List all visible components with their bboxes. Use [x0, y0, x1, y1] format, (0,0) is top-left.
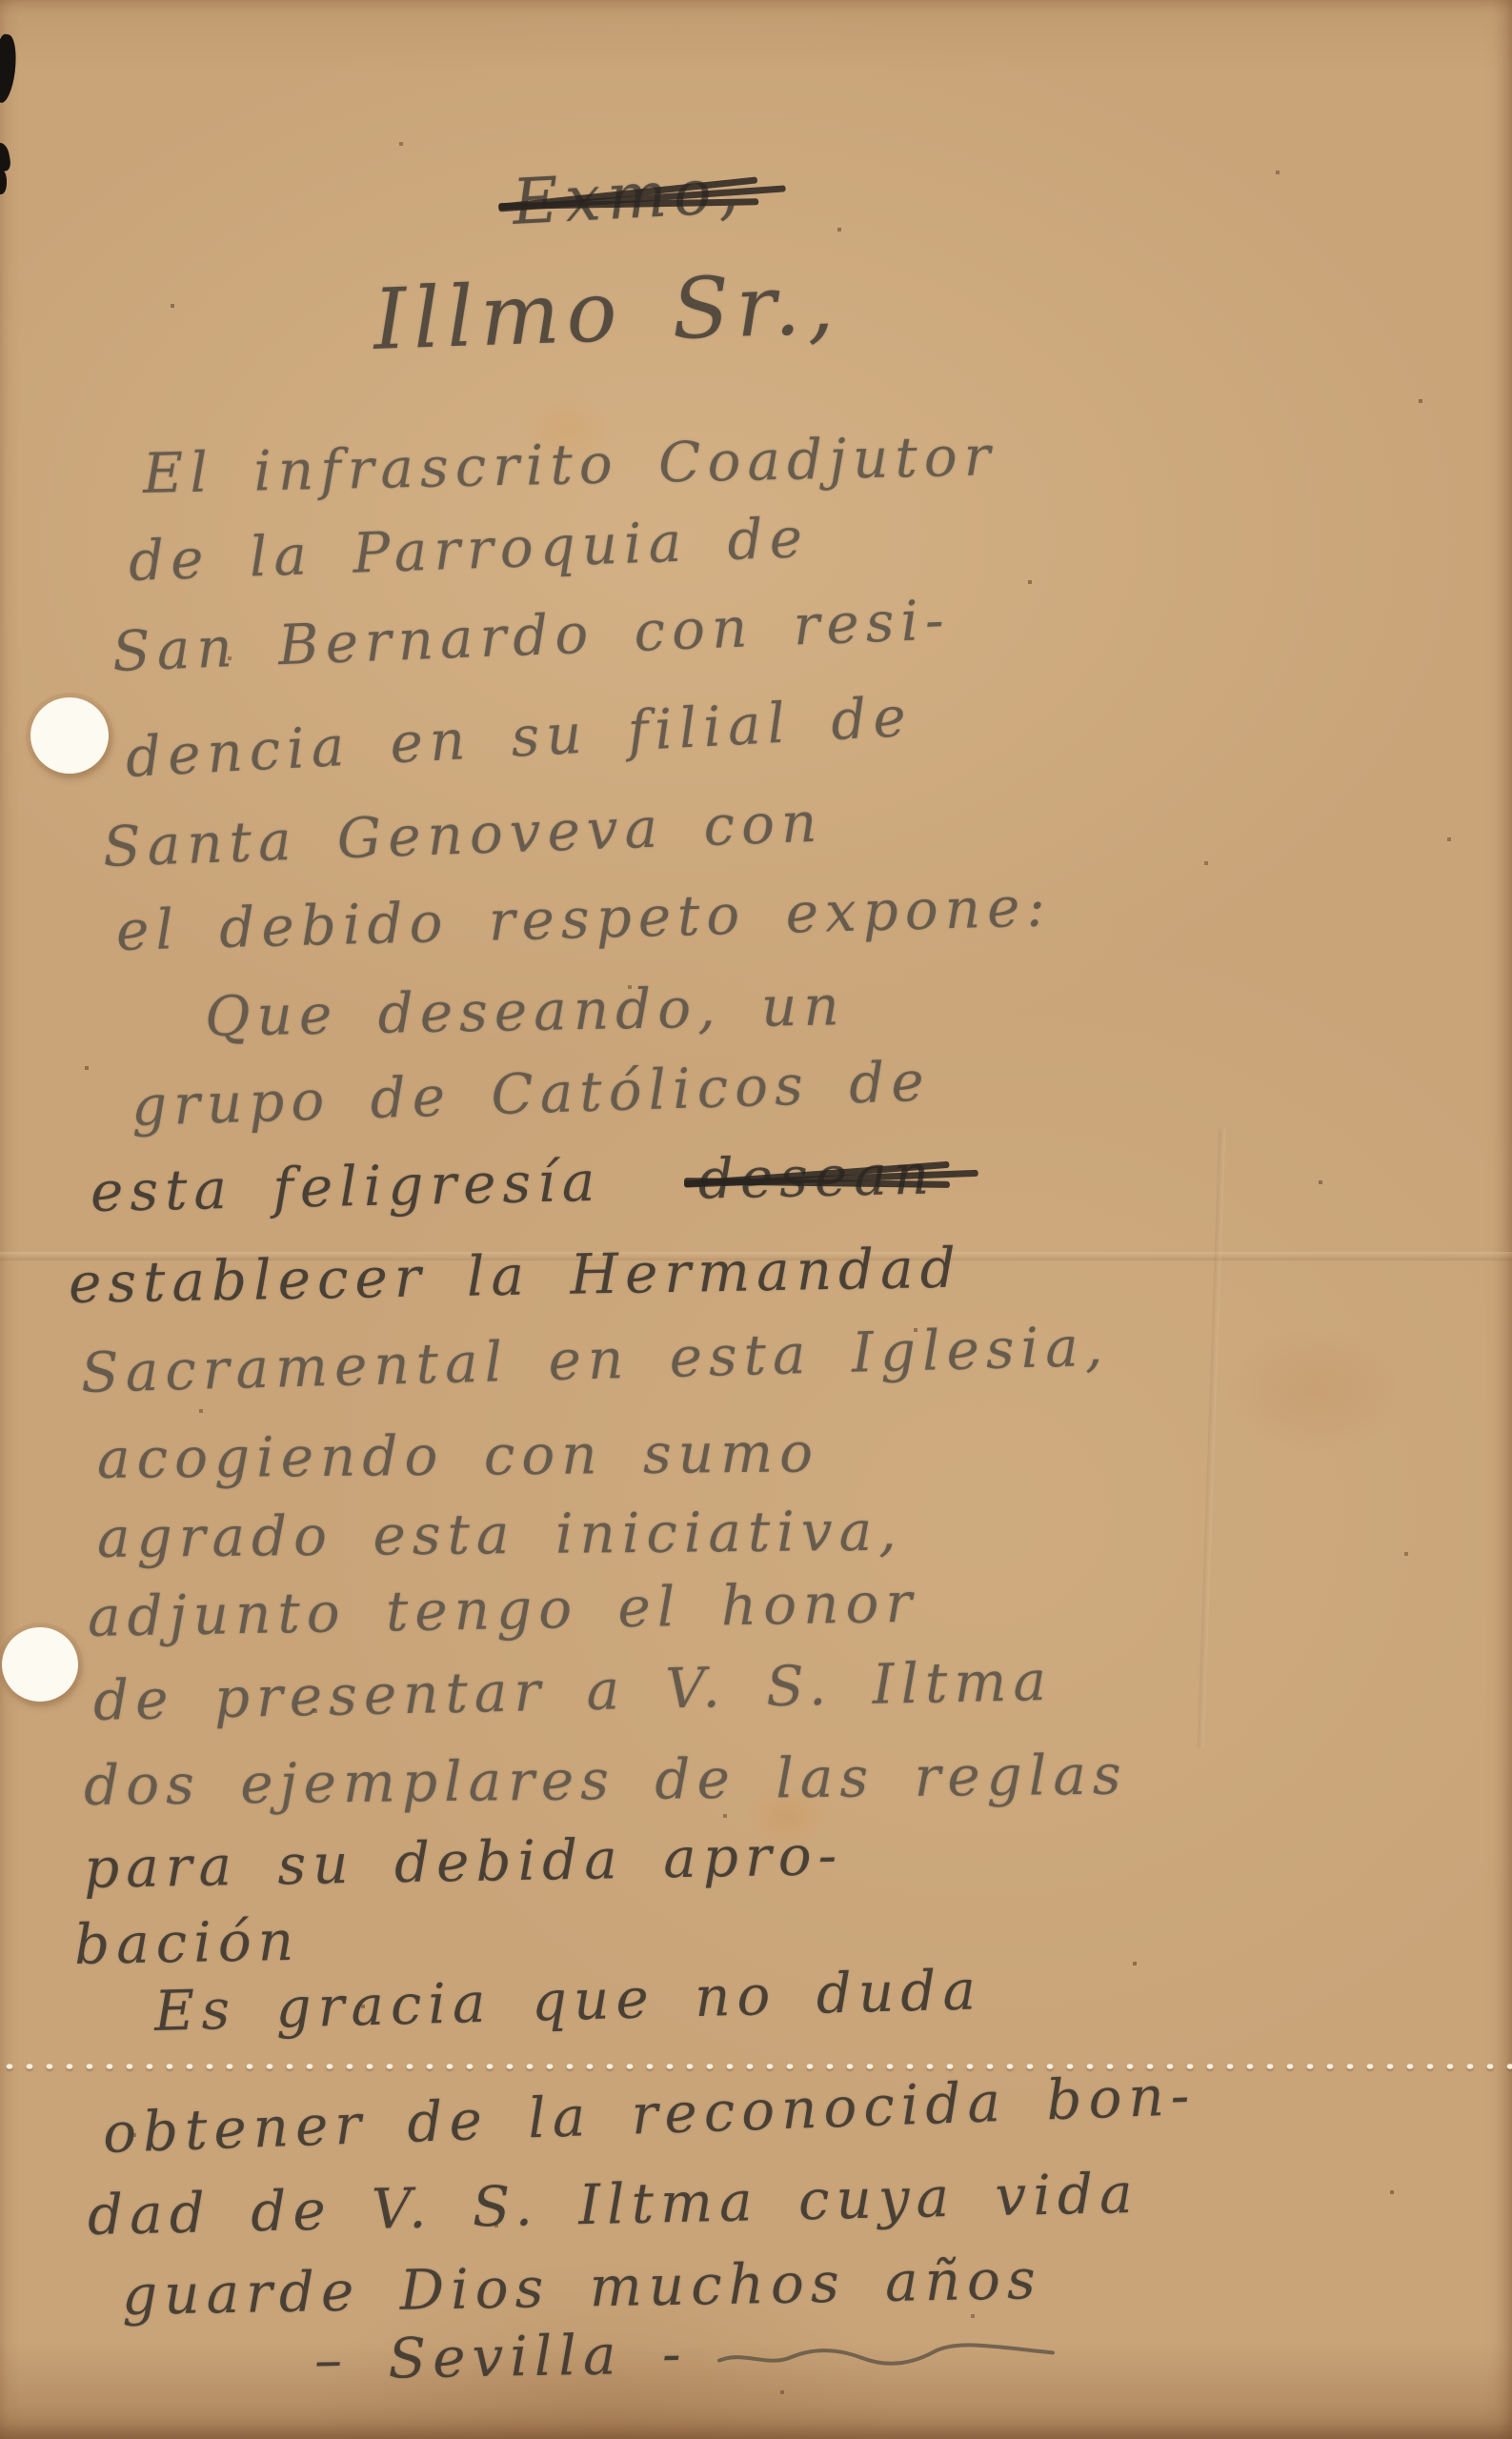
- letter-line: Sacramental en esta Iglesia,: [80, 1319, 1110, 1401]
- letter-line: esta feligresía desean: [90, 1146, 936, 1219]
- struck-word: Exmo,: [511, 159, 746, 234]
- letter-line: de la Parroquia de: [128, 510, 810, 589]
- torn-edge-mark: [0, 142, 11, 172]
- flourish-squiggle: [714, 2337, 1057, 2371]
- closing-place-text: – Sevilla -: [313, 2321, 688, 2392]
- perforation-line: [0, 2054, 1512, 2079]
- letter-line-text: esta feligresía: [90, 1149, 602, 1224]
- torn-edge-mark: [0, 33, 19, 104]
- punch-hole: [2, 1627, 78, 1702]
- letter-line: dos ejemplares de las reglas: [84, 1747, 1128, 1813]
- letter-line: dad de V. S. Iltma cuya vida: [87, 2166, 1139, 2243]
- letter-line: acogiendo con sumo: [97, 1424, 820, 1486]
- letter-line: de presentar a V. S. Iltma: [92, 1653, 1053, 1728]
- torn-edge-mark: [0, 170, 7, 194]
- closing-place-line: – Sevilla -: [313, 2319, 1057, 2388]
- letter-line: establecer la Hermandad: [68, 1240, 962, 1311]
- letter-line: obtener de la reconocida bon-: [102, 2067, 1197, 2161]
- letter-line: El infrascrito Coadjutor: [142, 428, 998, 501]
- letter-line: adjunto tengo el honor: [87, 1575, 918, 1644]
- letter-line: bación: [73, 1913, 300, 1972]
- letter-line: Es gracia que no duda: [153, 1962, 982, 2039]
- struck-word: desean: [697, 1146, 937, 1206]
- letter-line: Que deseando, un: [204, 978, 846, 1044]
- letter-line: guarde Dios muchos años: [121, 2251, 1042, 2323]
- fold-crease-vertical: [1198, 1129, 1226, 1748]
- letter-line: dencia en su filial de: [124, 689, 914, 785]
- letter-line: agrado esta iniciativa,: [97, 1503, 903, 1565]
- letter-line: Santa Genoveva con: [102, 795, 824, 875]
- letter-line: grupo de Católicos de: [131, 1054, 931, 1134]
- struck-heading: Exmo,: [511, 159, 746, 234]
- paper-specks: [0, 0, 2, 2]
- letter-line: para su debida apro-: [83, 1827, 843, 1896]
- letter-page: Exmo, Illmo Sr., El infrascrito Coadjuto…: [0, 0, 1512, 2439]
- punch-hole: [30, 697, 109, 774]
- letter-line: San Bernardo con resi-: [111, 592, 952, 679]
- letter-line: el debido respeto expone:: [115, 878, 1052, 958]
- salutation: Illmo Sr.,: [372, 262, 841, 362]
